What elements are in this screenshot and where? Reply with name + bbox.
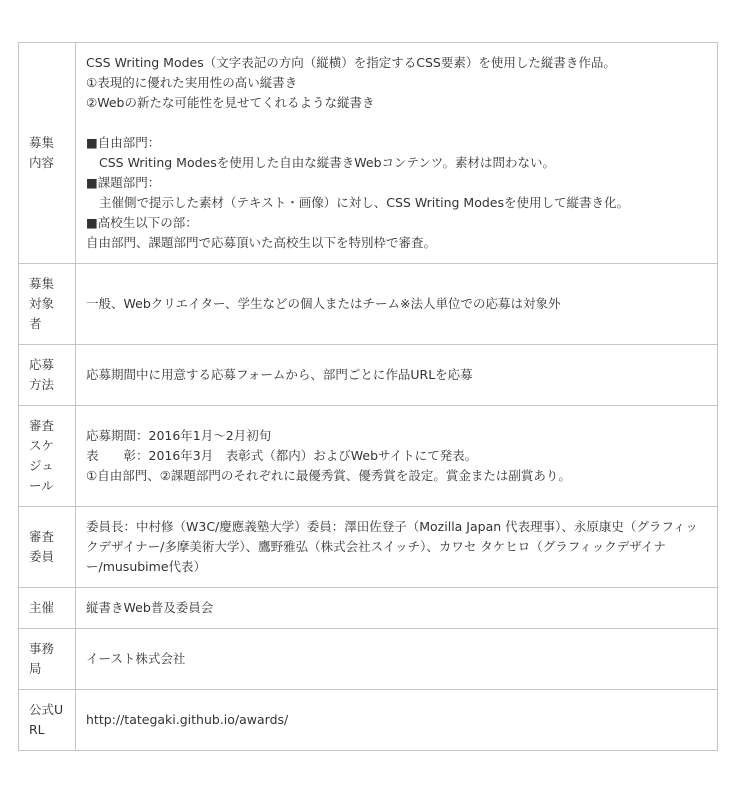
row-value: イースト株式会社 <box>76 629 718 690</box>
text-line: 主催側で提示した素材（テキスト・画像）に対し、CSS Writing Modes… <box>86 193 707 213</box>
row-label: 公式URL <box>19 690 76 751</box>
text-line: ②Webの新たな可能性を見せてくれるような縦書き <box>86 93 707 113</box>
row-value: 応募期間：2016年1月～2月初旬 表 彰：2016年3月 表彰式（都内）および… <box>76 406 718 507</box>
row-label: 募集内容 <box>19 43 76 264</box>
row-label: 審査委員 <box>19 507 76 588</box>
text-line: 自由部門、課題部門で応募頂いた高校生以下を特別枠で審査。 <box>86 233 707 253</box>
row-label: 応募方法 <box>19 345 76 406</box>
row-label: 主催 <box>19 588 76 629</box>
row-secretariat: 事務局 イースト株式会社 <box>19 629 718 690</box>
contest-info-table: 募集内容 CSS Writing Modes（文字表記の方向（縦横）を指定するC… <box>18 42 718 751</box>
text-line: イースト株式会社 <box>86 649 707 669</box>
text-line: ①表現的に優れた実用性の高い縦書き <box>86 73 707 93</box>
text-line: 応募期間中に用意する応募フォームから、部門ごとに作品URLを応募 <box>86 365 707 385</box>
row-judges: 審査委員 委員長：中村修（W3C/慶應義塾大学）委員：澤田佐登子（Mozilla… <box>19 507 718 588</box>
row-value: 委員長：中村修（W3C/慶應義塾大学）委員：澤田佐登子（Mozilla Japa… <box>76 507 718 588</box>
row-value: 一般、Webクリエイター、学生などの個人またはチーム※法人単位での応募は対象外 <box>76 264 718 345</box>
row-value: CSS Writing Modes（文字表記の方向（縦横）を指定するCSS要素）… <box>76 43 718 264</box>
official-url-link[interactable]: http://tategaki.github.io/awards/ <box>86 710 707 730</box>
section-heading-highschool: ■高校生以下の部： <box>86 213 707 233</box>
row-application-method: 応募方法 応募期間中に用意する応募フォームから、部門ごとに作品URLを応募 <box>19 345 718 406</box>
text-line: 一般、Webクリエイター、学生などの個人またはチーム※法人単位での応募は対象外 <box>86 294 707 314</box>
blank-line <box>86 113 707 133</box>
row-label: 審査スケジュール <box>19 406 76 507</box>
text-paragraph: 委員長：中村修（W3C/慶應義塾大学）委員：澤田佐登子（Mozilla Japa… <box>86 517 707 577</box>
row-official-url: 公式URL http://tategaki.github.io/awards/ <box>19 690 718 751</box>
text-line: CSS Writing Modes（文字表記の方向（縦横）を指定するCSS要素）… <box>86 53 707 73</box>
text-line: 縦書きWeb普及委員会 <box>86 598 707 618</box>
row-judging-schedule: 審査スケジュール 応募期間：2016年1月～2月初旬 表 彰：2016年3月 表… <box>19 406 718 507</box>
row-value: http://tategaki.github.io/awards/ <box>76 690 718 751</box>
row-eligibility: 募集対象者 一般、Webクリエイター、学生などの個人またはチーム※法人単位での応… <box>19 264 718 345</box>
section-heading-assigned: ■課題部門： <box>86 173 707 193</box>
text-line: ①自由部門、②課題部門のそれぞれに最優秀賞、優秀賞を設定。賞金または副賞あり。 <box>86 466 707 486</box>
section-heading-free: ■自由部門： <box>86 133 707 153</box>
row-organizer: 主催 縦書きWeb普及委員会 <box>19 588 718 629</box>
row-value: 応募期間中に用意する応募フォームから、部門ごとに作品URLを応募 <box>76 345 718 406</box>
row-recruitment-content: 募集内容 CSS Writing Modes（文字表記の方向（縦横）を指定するC… <box>19 43 718 264</box>
row-label: 募集対象者 <box>19 264 76 345</box>
contest-info-body: 募集内容 CSS Writing Modes（文字表記の方向（縦横）を指定するC… <box>19 43 718 751</box>
row-label: 事務局 <box>19 629 76 690</box>
text-line: 表 彰：2016年3月 表彰式（都内）およびWebサイトにて発表。 <box>86 446 707 466</box>
text-line: 応募期間：2016年1月～2月初旬 <box>86 426 707 446</box>
row-value: 縦書きWeb普及委員会 <box>76 588 718 629</box>
text-line: CSS Writing Modesを使用した自由な縦書きWebコンテンツ。素材は… <box>86 153 707 173</box>
